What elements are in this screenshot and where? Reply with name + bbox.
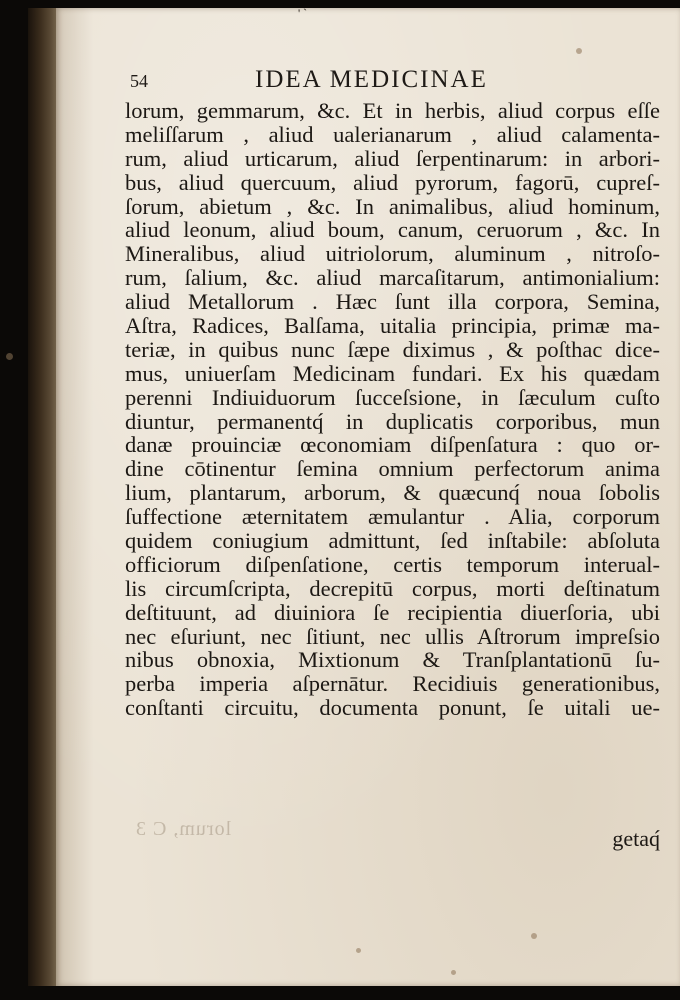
page-footer: lorum, C 3 getaq́ <box>125 818 660 848</box>
text-line: quidem coniugium admittunt, ſed inſtabil… <box>125 529 660 553</box>
page-header: 54 IDEA MEDICINAE <box>125 66 645 96</box>
text-line: lis circumſcripta, decrepitū corpus, mor… <box>125 577 660 601</box>
top-margin-mark: ' ˋ <box>298 6 307 21</box>
catchword: getaq́ <box>612 826 660 852</box>
text-line: perba imperia aſpernātur. Recidiuis gene… <box>125 672 660 696</box>
text-line: meliſſarum , aliud ualerianarum , aliud … <box>125 123 660 147</box>
text-line: rum, aliud urticarum, aliud ſerpentinaru… <box>125 147 660 171</box>
text-line: lium, plantarum, arborum, & quæcunq́ nou… <box>125 481 660 505</box>
text-line: mus, uniuerſam Medicinam fundari. Ex his… <box>125 362 660 386</box>
scan-border <box>0 986 680 1000</box>
text-line: bus, aliud quercuum, aliud pyrorum, fago… <box>125 171 660 195</box>
running-head: IDEA MEDICINAE <box>255 66 488 94</box>
scanned-page-viewer: ' ˋ 54 IDEA MEDICINAE lorum, gemmarum, &… <box>0 0 680 1000</box>
body-text: lorum, gemmarum, &c. Et in herbis, aliud… <box>125 99 660 720</box>
text-line: ſorum, abietum , &c. In animalibus, aliu… <box>125 195 660 219</box>
text-line: rum, ſalium, &c. aliud marcaſitarum, ant… <box>125 266 660 290</box>
bleed-through-text: lorum, C 3 <box>135 818 231 841</box>
text-line: nec eſuriunt, nec ſitiunt, nec ullis Aſt… <box>125 625 660 649</box>
text-line: dine cōtinentur ſemina omnium perfectoru… <box>125 457 660 481</box>
text-line: danæ prouinciæ œconomiam diſpenſatura : … <box>125 433 660 457</box>
paper-stain <box>356 948 361 953</box>
book-spine-edge <box>28 8 58 988</box>
paper-stain <box>6 353 13 360</box>
paper-stain <box>451 970 456 975</box>
text-line: Aſtra, Radices, Balſama, uitalia princip… <box>125 314 660 338</box>
paper-stain <box>576 48 582 54</box>
text-line: diuntur, permanentq́ in duplicatis corpo… <box>125 410 660 434</box>
page-number: 54 <box>130 71 148 92</box>
text-line: perenni Indiuiduorum ſucceſsione, in ſæc… <box>125 386 660 410</box>
text-line: teriæ, in quibus nunc ſæpe diximus , & p… <box>125 338 660 362</box>
paper-stain <box>531 933 537 939</box>
text-line: nibus obnoxia, Mixtionum & Tranſplantati… <box>125 648 660 672</box>
text-line: Mineralibus, aliud uitriolorum, aluminum… <box>125 242 660 266</box>
text-line: ſuffectione æternitatem æmulantur . Alia… <box>125 505 660 529</box>
text-line: conſtanti circuitu, documenta ponunt, ſe… <box>125 696 660 720</box>
text-line: deſtituunt, ad diuiniora ſe recipientia … <box>125 601 660 625</box>
text-line: aliud Metallorum . Hæc ſunt illa corpora… <box>125 290 660 314</box>
text-line: lorum, gemmarum, &c. Et in herbis, aliud… <box>125 99 660 123</box>
text-line: aliud leonum, aliud boum, canum, ceruoru… <box>125 218 660 242</box>
text-line: officiorum diſpenſatione, certis temporu… <box>125 553 660 577</box>
